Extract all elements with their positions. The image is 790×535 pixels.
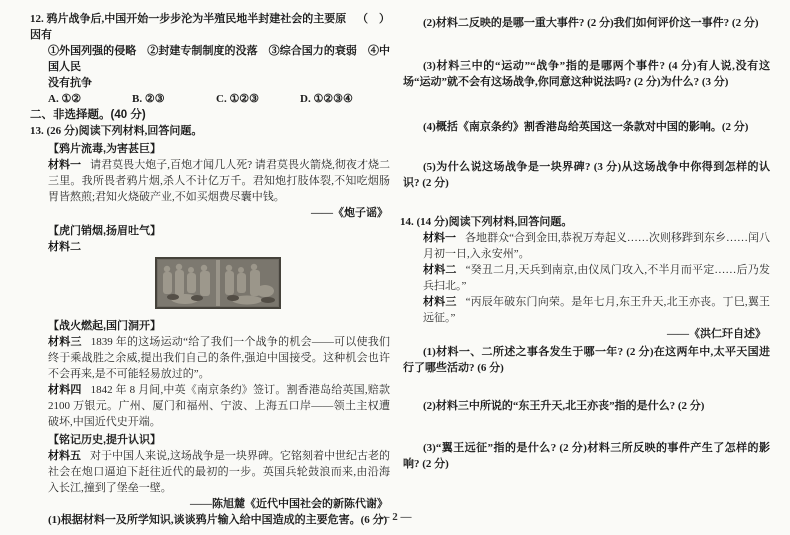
material-2-label: 材料二 xyxy=(48,241,81,253)
material-1-text-q14: 各地群众“合到金田,恭祝万寿起义……次则移跸到东乡……闰八月初一日,入永安州”。 xyxy=(423,232,770,260)
material-2-label-q14: 材料二 xyxy=(423,264,457,276)
material-3-text: 1839 年的这场运动“给了我们一个战争的机会——可以使我们终于乘战胜之余威,提… xyxy=(48,336,390,380)
question-14-sub2: (2)材料三中所说的“东王升天,北王亦丧”指的是什么? (2 分) xyxy=(403,398,770,414)
material-1-paragraph: 材料一请君莫畏大炮子,百炮才闻几人死? 请君莫畏火箭烧,彻夜才烧二三里。我所畏者… xyxy=(48,157,390,205)
option-b: B. ②③ xyxy=(132,91,216,107)
question-14-sub3: (3)“翼王远征”指的是什么? (2 分)材料三所反映的事件产生了怎样的影响? … xyxy=(403,440,770,472)
material-3-text-q14: “丙辰年破东门向荣。是年七月,东王升天,北王亦丧。丁巳,翼王远征。” xyxy=(423,296,770,324)
material-3-paragraph: 材料三1839 年的这场运动“给了我们一个战争的机会——可以使我们终于乘战胜之余… xyxy=(48,334,390,382)
section-header-war-begins: 【战火燃起,国门洞开】 xyxy=(48,318,390,334)
question-13-sub5: (5)为什么说这场战争是一块界碑? (3 分)从这场战争中你得到怎样的认识? (… xyxy=(403,159,770,191)
page-number: — 2 — xyxy=(0,511,790,523)
material-1-paragraph-q14: 材料一各地群众“合到金田,恭祝万寿起义……次则移跸到东乡……闰八月初一日,入永安… xyxy=(423,230,770,262)
question-13-intro: 13. (26 分)阅读下列材料,回答问题。 xyxy=(30,123,390,139)
material-2-paragraph-q14: 材料二“癸丑二月,天兵到南京,由仪凤门攻入,不半月而平定……后乃发兵扫北。” xyxy=(423,262,770,294)
question-14-intro: 14. (14 分)阅读下列材料,回答问题。 xyxy=(400,214,770,230)
question-12-text: 12. 鸦片战争后,中国开始一步步沦为半殖民地半封建社会的主要原因有 xyxy=(30,11,357,43)
material-3-label-q14: 材料三 xyxy=(423,296,457,308)
answer-bracket: （ ） xyxy=(357,11,390,43)
question-12-stem: 12. 鸦片战争后,中国开始一步步沦为半殖民地半封建社会的主要原因有 （ ） xyxy=(30,11,390,43)
question-13-sub2: (2)材料二反映的是哪一重大事件? (2 分)我们如何评价这一事件? (2 分) xyxy=(403,15,770,31)
material-4-paragraph: 材料四1842 年 8 月间,中英《南京条约》签订。割香港岛给英国,赔款 210… xyxy=(48,382,390,430)
material-1-label-q14: 材料一 xyxy=(423,232,456,244)
question-12-items-line2: 没有抗争 xyxy=(48,75,390,91)
materials-source-q14: ——《洪仁玕自述》 xyxy=(400,326,766,342)
question-13-sub3: (3)材料三中的“运动”“战争”指的是哪两个事件? (4 分)有人说,没有这场“… xyxy=(403,58,770,90)
left-column: 12. 鸦片战争后,中国开始一步步沦为半殖民地半封建社会的主要原因有 （ ） ①… xyxy=(30,11,390,528)
question-12-options: A. ①② B. ②③ C. ①②③ D. ①②③④ xyxy=(48,91,390,107)
material-2-text-q14: “癸丑二月,天兵到南京,由仪凤门攻入,不半月而平定……后乃发兵扫北。” xyxy=(423,264,770,292)
option-c: C. ①②③ xyxy=(216,91,300,107)
material-2-paragraph: 材料二 xyxy=(48,239,390,255)
section-header-remember-history: 【铭记历史,提升认识】 xyxy=(48,432,390,448)
material-4-label: 材料四 xyxy=(48,384,82,396)
material-1-source: ——《炮子谣》 xyxy=(30,205,388,221)
exam-paper-page: 12. 鸦片战争后,中国开始一步步沦为半殖民地半封建社会的主要原因有 （ ） ①… xyxy=(0,0,790,535)
material-4-text: 1842 年 8 月间,中英《南京条约》签订。割香港岛给英国,赔款 2100 万… xyxy=(48,384,390,428)
material-5-paragraph: 材料五对于中国人来说,这场战争是一块界碑。它铭刻着中世纪古老的社会在炮口逼迫下赶… xyxy=(48,448,390,496)
material-3-label: 材料三 xyxy=(48,336,82,348)
section-header-opium-harm: 【鸦片流毒,为害甚巨】 xyxy=(48,141,390,157)
material-3-paragraph-q14: 材料三“丙辰年破东门向荣。是年七月,东王升天,北王亦丧。丁巳,翼王远征。” xyxy=(423,294,770,326)
question-12-items-line1: ①外国列强的侵略 ②封建专制制度的没落 ③综合国力的衰弱 ④中国人民 xyxy=(48,43,390,75)
material-5-source: ——陈旭麓《近代中国社会的新陈代谢》 xyxy=(30,496,388,512)
question-13-sub4: (4)概括《南京条约》割香港岛给英国这一条款对中国的影响。(2 分) xyxy=(403,119,770,135)
material-5-label: 材料五 xyxy=(48,450,81,462)
material-1-text: 请君莫畏大炮子,百炮才闻几人死? 请君莫畏火箭烧,彻夜才烧二三里。我所畏者鸦片烟… xyxy=(48,159,390,203)
option-d: D. ①②③④ xyxy=(300,91,353,107)
section-header-humen: 【虎门销烟,扬眉吐气】 xyxy=(48,223,390,239)
humen-opium-destruction-relief-image xyxy=(155,257,281,314)
option-a: A. ①② xyxy=(48,91,132,107)
section-2-title: 二、非选择题。(40 分) xyxy=(30,107,390,123)
material-1-label: 材料一 xyxy=(48,159,81,171)
material-5-text: 对于中国人来说,这场战争是一块界碑。它铭刻着中世纪古老的社会在炮口逼迫下赶往近代… xyxy=(48,450,390,494)
right-column: (2)材料二反映的是哪一重大事件? (2 分)我们如何评价这一事件? (2 分)… xyxy=(400,15,770,472)
question-14-sub1: (1)材料一、二所述之事各发生于哪一年? (2 分)在这两年中,太平天国进行了哪… xyxy=(403,344,770,376)
